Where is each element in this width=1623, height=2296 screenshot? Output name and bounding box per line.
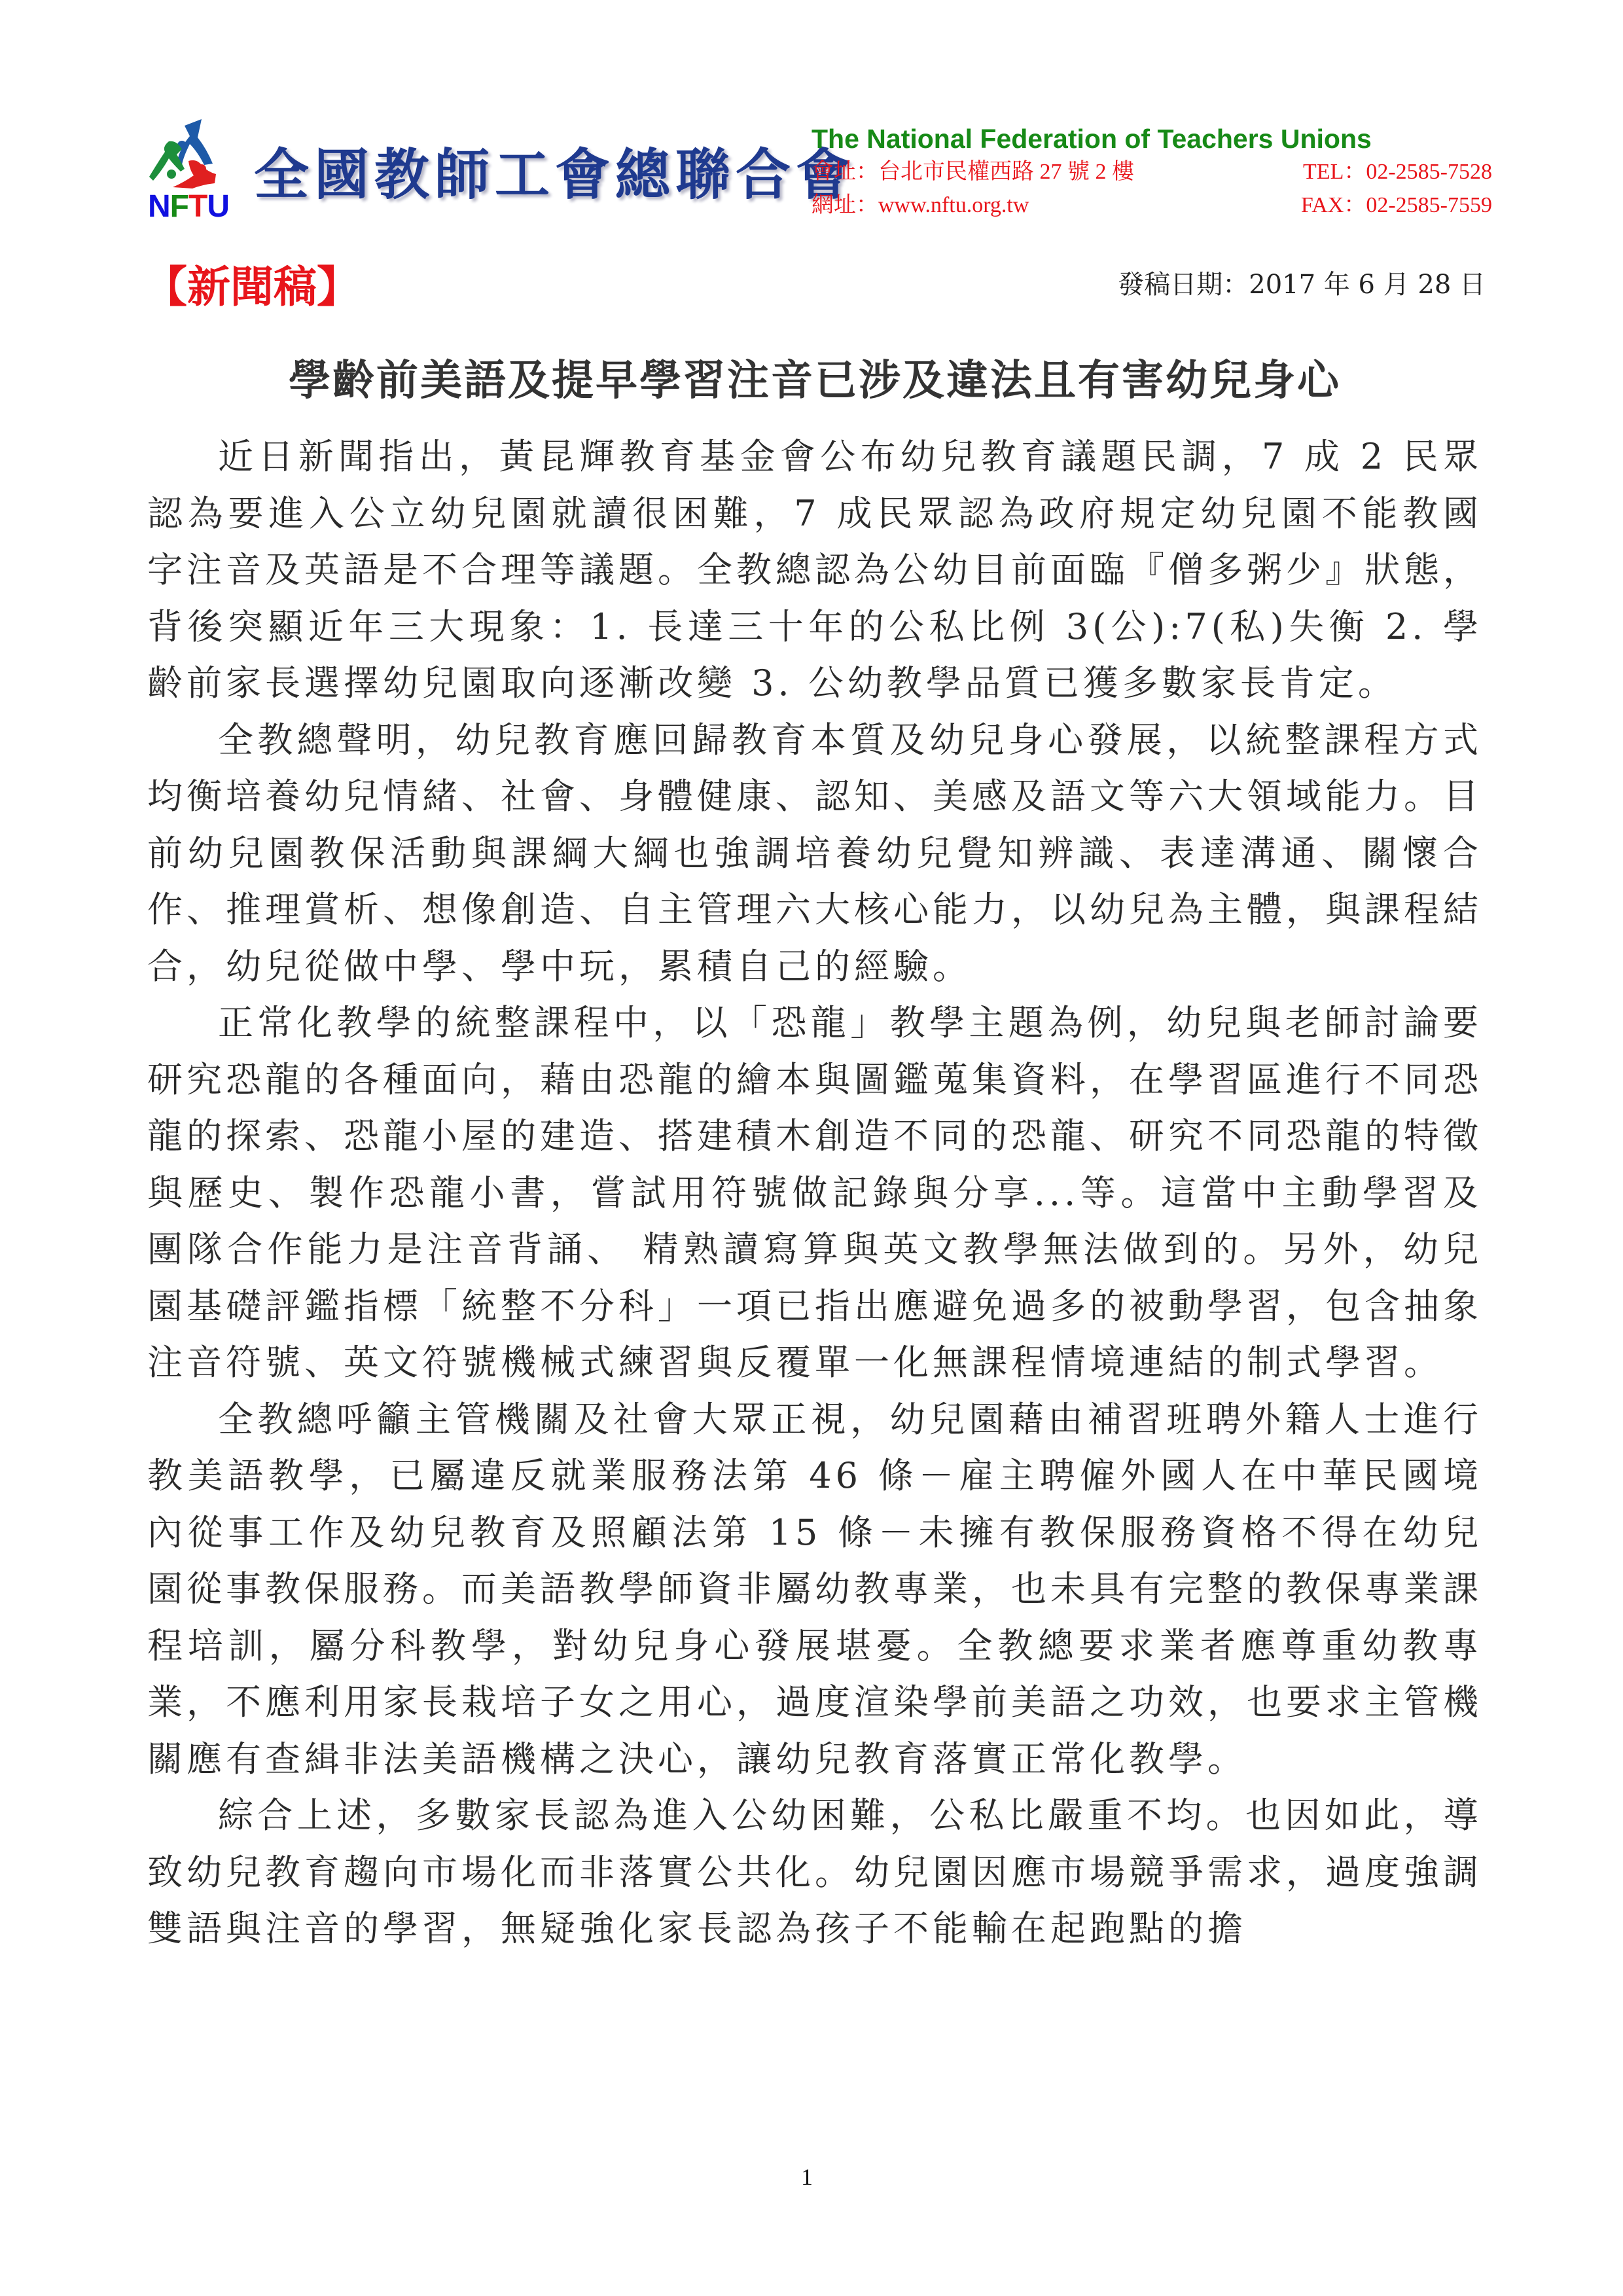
document-body: 近日新聞指出，黃昆輝教育基金會公布幼兒教育議題民調，7 成 2 民眾認為要進入公… — [147, 429, 1482, 1958]
org-tel: TEL：02-2585-7528 — [1303, 155, 1492, 188]
paragraph-5: 綜合上述，多數家長認為進入公幼困難，公私比嚴重不均。也因如此，導致幼兒教育趨向市… — [147, 1787, 1482, 1958]
three-figures-logo-icon — [144, 118, 249, 193]
paragraph-3: 正常化教學的統整課程中，以「恐龍」教學主題為例，幼兒與老師討論要研究恐龍的各種面… — [147, 995, 1482, 1391]
logo-letter-n: N — [148, 191, 170, 223]
nftu-logo-letters: NFTU — [148, 191, 229, 223]
press-release-row: 【新聞稿】 發稿日期：2017 年 6 月 28 日 — [144, 252, 1486, 311]
paragraph-4: 全教總呼籲主管機關及社會大眾正視，幼兒園藉由補習班聘外籍人士進行教美語教學，已屬… — [147, 1391, 1482, 1788]
release-date: 發稿日期：2017 年 6 月 28 日 — [1118, 264, 1486, 301]
address-tel-row: 會址：台北市民權西路 27 號 2 樓 TEL：02-2585-7528 — [811, 155, 1492, 188]
org-name-chinese: 全國教師工會總聯合會 — [254, 131, 856, 210]
press-release-label: 【新聞稿】 — [144, 252, 360, 314]
letterhead: NFTU 全國教師工會總聯合會 The National Federation … — [144, 118, 1492, 229]
org-address: 會址：台北市民權西路 27 號 2 樓 — [811, 155, 1134, 188]
org-fax: FAX：02-2585-7559 — [1301, 188, 1492, 222]
logo-letter-t: T — [188, 191, 207, 223]
logo-letter-f: F — [170, 191, 188, 223]
website-fax-row: 網址：www.nftu.org.tw FAX：02-2585-7559 — [811, 188, 1492, 222]
document-title: 學齡前美語及提早學習注音已涉及違法且有害幼兒身心 — [144, 347, 1486, 407]
org-website-link[interactable]: 網址：www.nftu.org.tw — [811, 188, 1029, 222]
logo-letter-u: U — [207, 191, 229, 223]
org-contact-block: The National Federation of Teachers Unio… — [811, 118, 1492, 222]
paragraph-2: 全教總聲明，幼兒教育應回歸教育本質及幼兒身心發展，以統整課程方式均衡培養幼兒情緒… — [147, 712, 1482, 996]
page-number: 1 — [801, 2163, 813, 2191]
org-name-english: The National Federation of Teachers Unio… — [811, 123, 1492, 155]
paragraph-1: 近日新聞指出，黃昆輝教育基金會公布幼兒教育議題民調，7 成 2 民眾認為要進入公… — [147, 429, 1482, 712]
nftu-logo: NFTU — [144, 118, 249, 223]
